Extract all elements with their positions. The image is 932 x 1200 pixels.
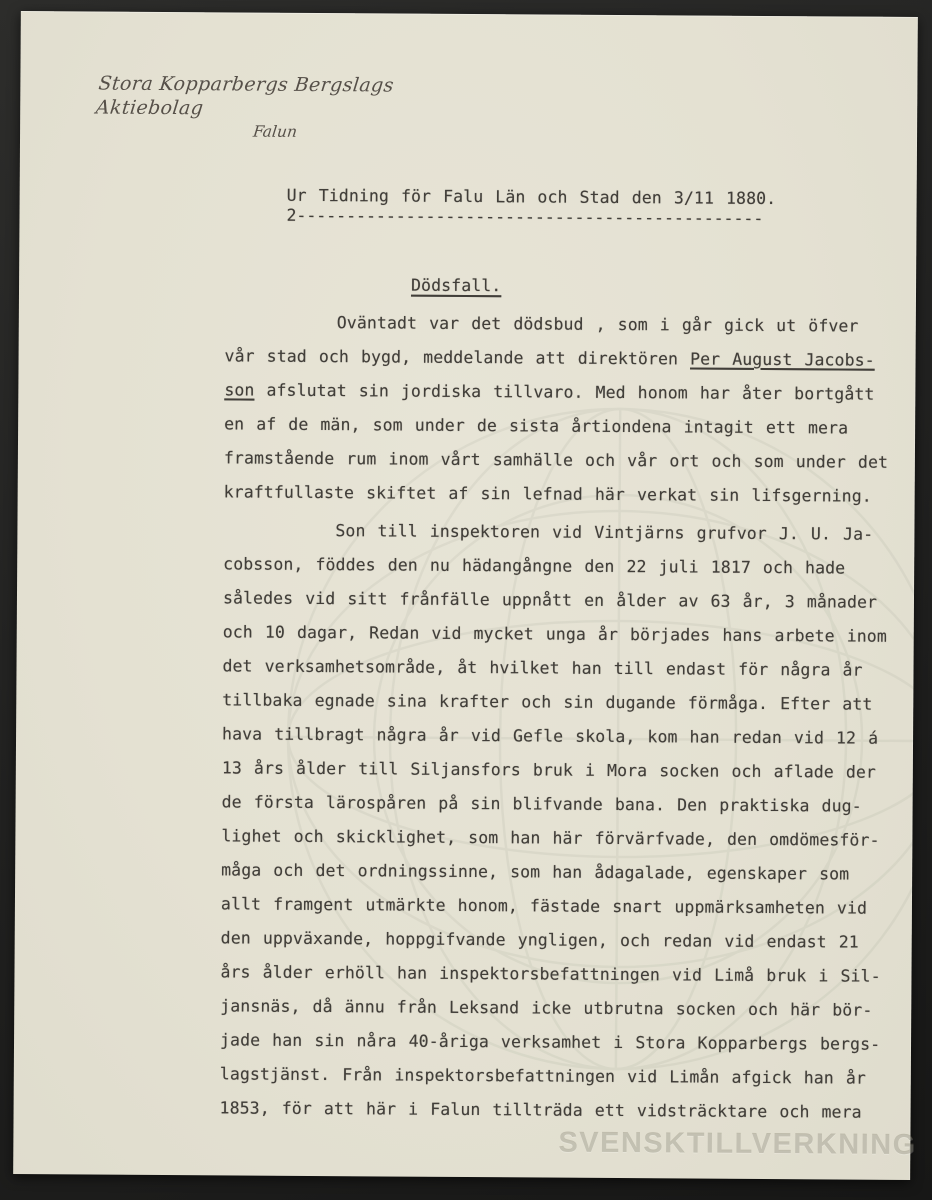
typed-line-text: afslutat sin jordiska tillvaro. Med hono… (254, 381, 874, 404)
typed-line: de första lärospåren på sin blifvande ba… (222, 785, 902, 824)
letterhead: Stora Kopparbergs Bergslags Aktiebolag F… (97, 72, 453, 143)
typed-line: 1853, för att här i Falun tillträda ett … (219, 1091, 899, 1130)
typed-line: tillbaka egnade sina krafter och sin dug… (222, 683, 902, 722)
typed-line: Oväntadt var det dödsbud , som i går gic… (225, 305, 905, 344)
typed-line: en af de män, som under de sista årtiond… (224, 407, 904, 446)
article-source-block: Ur Tidning för Falu Län och Stad den 3/1… (286, 185, 776, 226)
paper-manufacturer-stamp: SVENSKTILLVERKNING (558, 1127, 917, 1162)
typed-line: framstående rum inom vårt samhälle och v… (224, 441, 904, 480)
typed-line: lighet och skicklighet, som han här förv… (221, 819, 901, 858)
typed-line: måga och det ordningssinne, som han ådag… (221, 853, 901, 892)
typed-line: allt framgent utmärkte honom, fästade sn… (221, 887, 901, 926)
typed-line: hava tillbragt några år vid Gefle skola,… (222, 717, 902, 756)
typed-line: vår stad och bygd, meddelande att direkt… (224, 339, 904, 378)
paragraph-2: Son till inspektoren vid Vintjärns grufv… (219, 513, 903, 1129)
typed-line: den uppväxande, hoppgifvande yngligen, o… (221, 921, 901, 960)
typed-line: således vid sitt frånfälle uppnått en ål… (223, 581, 903, 620)
typed-line-text: vår stad och bygd, meddelande att direkt… (225, 346, 691, 368)
typed-line: kraftfullaste skiftet af sin lefnad här … (224, 475, 904, 514)
letterhead-company-name: Stora Kopparbergs Bergslags Aktiebolag (95, 72, 456, 122)
underlined-name: son (224, 380, 254, 399)
typed-line: det verksamhetsområde, åt hvilket han ti… (222, 649, 902, 688)
article-source-underline: 2---------------------------------------… (286, 209, 776, 226)
typed-line: son afslutat sin jordiska tillvaro. Med … (224, 373, 904, 412)
underlined-name: Per August Jacobs- (690, 349, 875, 369)
typed-line: Son till inspektoren vid Vintjärns grufv… (223, 513, 903, 552)
article-heading: Dödsfall. (411, 276, 501, 297)
letterhead-place: Falun (96, 121, 454, 143)
typed-line: och 10 dagar, Redan vid mycket unga år b… (223, 615, 903, 654)
document-page: Stora Kopparbergs Bergslags Aktiebolag F… (13, 11, 918, 1180)
typed-line: 13 års ålder till Siljansfors bruk i Mor… (222, 751, 902, 790)
typed-line: jansnäs, då ännu från Leksand icke utbru… (220, 989, 900, 1028)
paragraph-1: Oväntadt var det dödsbud , som i går gic… (224, 305, 905, 514)
typed-line: cobsson, föddes den nu hädangångne den 2… (223, 547, 903, 586)
typed-line: års ålder erhöll han inspektorsbefattnin… (220, 955, 900, 994)
typed-line: jade han sin nåra 40-åriga verksamhet i … (220, 1023, 900, 1062)
typed-line: lagstjänst. Från inspektorsbefattningen … (220, 1057, 900, 1096)
